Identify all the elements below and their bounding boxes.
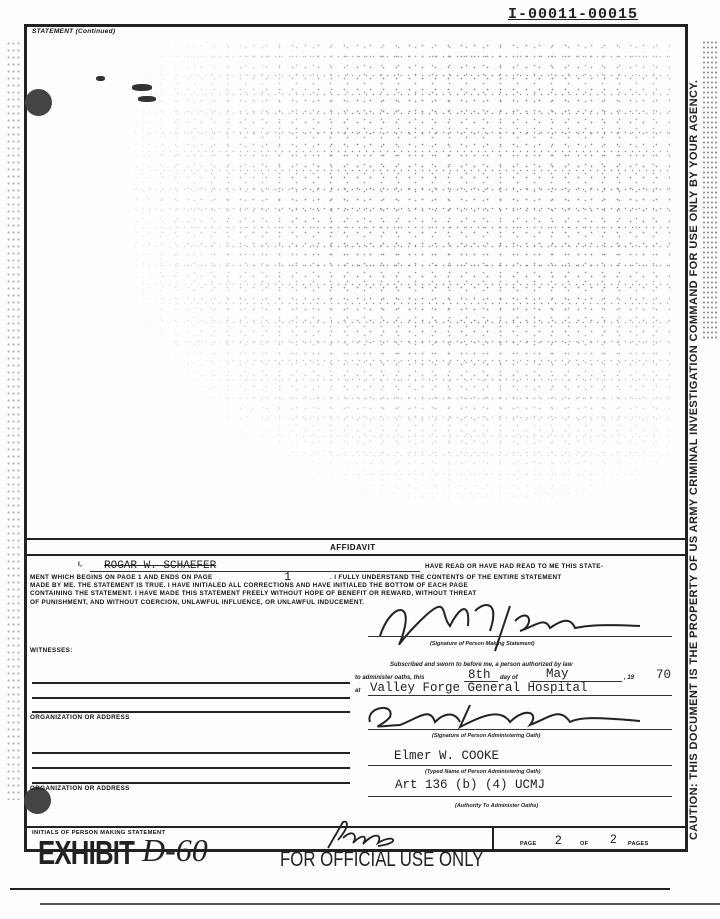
initials-signature [308,818,408,852]
page-total: 2 [610,832,617,846]
witness-line-2 [32,697,350,699]
exhibit-number: D-60 [142,832,208,869]
witness-line-3 [32,711,350,713]
organization-address-label-2: ORGANIZATION OR ADDRESS [30,785,130,793]
witness-line-6 [32,782,350,784]
witness-line-5 [32,767,350,769]
affidavit-line-1: HAVE READ OR HAVE HAD READ TO ME THIS ST… [425,563,603,571]
affiant-signature [360,596,670,656]
statement-continued-label: STATEMENT (Continued) [32,28,115,35]
oath-year: 70 [656,668,671,682]
exhibit-stamp: EXHIBIT [38,834,134,872]
affidavit-title: AFFIDAVIT [330,543,376,552]
ink-speck [132,84,152,91]
oath-authority: Art 136 (b) (4) UCMJ [395,778,545,792]
witness-line-1 [32,682,350,684]
authority-line [368,796,672,797]
caution-margin-text: CAUTION: THIS DOCUMENT IS THE PROPERTY O… [688,80,700,840]
administrator-signature-line [368,729,672,730]
divider [24,554,688,556]
affiant-signature-line [368,636,672,637]
affidavit-line-5: OF PUNISHMENT, AND WITHOUT COERCION, UNL… [30,599,364,607]
left-edge-noise [6,40,20,800]
affiant-signature-caption: (Signature of Person Making Statement) [430,641,535,647]
ink-speck [138,96,156,102]
scan-edge-line [10,888,670,890]
affiant-prefix: I, [78,561,82,569]
oath-location: Valley Forge General Hospital [370,681,588,695]
administrator-signature-caption: (Signature of Person Administering Oath) [432,733,540,739]
witnesses-label: WITNESSES: [30,647,73,655]
divider [24,538,688,540]
page-of-label: OF [580,840,588,848]
year-prefix: , 19 [624,675,634,681]
scan-edge-line [40,903,720,905]
authority-caption: (Authority To Administer Oaths) [455,803,538,809]
typed-name-caption: (Typed Name of Person Administering Oath… [425,769,540,775]
witness-line-4 [32,752,350,754]
at-text: at [355,688,360,694]
organization-address-label-1: ORGANIZATION OR ADDRESS [30,714,130,722]
oath-month: May [546,667,569,681]
document-id: I-00011-00015 [508,6,638,23]
ink-speck [96,76,105,81]
oath-day: 8th [468,668,491,682]
affiant-underline [90,571,420,572]
right-edge-noise [702,40,718,340]
page-current: 2 [555,833,562,847]
typed-name-line [368,765,672,766]
location-underline [368,695,672,696]
for-official-use-only-stamp: FOR OFFICIAL USE ONLY [280,848,484,872]
page-label: PAGE [520,840,537,848]
typed-administrator-name: Elmer W. COOKE [394,749,499,763]
pages-label: PAGES [628,840,649,848]
administrator-signature [360,697,660,733]
scan-noise [130,40,670,500]
